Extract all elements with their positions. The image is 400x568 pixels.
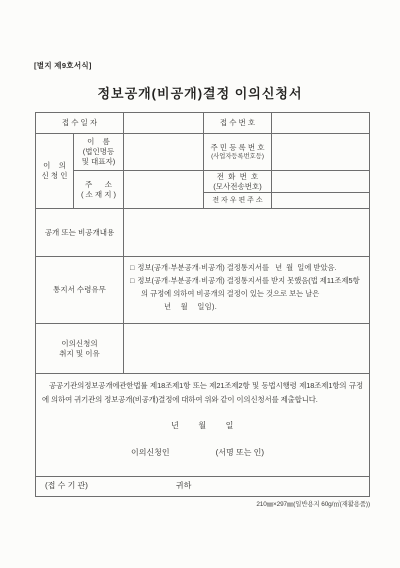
sign-or-seal-label[interactable]: (서명 또는 인) — [216, 448, 264, 458]
name-label-line3: 및 대표자) — [82, 157, 116, 167]
email-label: 전 자 우 편 주 소 — [204, 193, 272, 209]
notice-option-not-received-text: 정보(공개·부분공개·비공개) 결정통지서를 받지 못했음(법 제11조제5항의… — [137, 276, 359, 298]
applicant-signature-label: 이의신청인 — [131, 448, 170, 458]
reason-field[interactable] — [124, 324, 369, 374]
phone-field[interactable] — [272, 171, 369, 193]
email-field[interactable] — [272, 193, 369, 209]
signature-line: 이의신청인 (서명 또는 인) — [36, 448, 369, 458]
form-note: [별지 제9호서식] — [34, 60, 92, 71]
phone-label-line1: 전 화 번 호 — [217, 172, 258, 182]
receiving-org-row: (접 수 기 관) 귀하 — [36, 477, 369, 496]
notice-option-not-received: □정보(공개·부분공개·비공개) 결정통지서를 받지 못했음(법 제11조제5항… — [130, 274, 364, 300]
name-label: 이 름 (법인명등 및 대표자) — [74, 134, 124, 171]
reason-label: 이의신청의 취지 및 이유 — [36, 324, 124, 374]
reason-label-line1: 이의신청의 — [61, 339, 97, 349]
applicant-group-label-line1: 이 의 — [43, 161, 66, 171]
statement-paragraph: 공공기관의정보공개에관한법률 제18조제1항 또는 제21조제2항 및 동법시행… — [36, 374, 369, 406]
notice-option-date-line: 년 월 일임). — [130, 300, 364, 313]
address-field[interactable] — [124, 171, 204, 209]
name-field[interactable] — [124, 134, 204, 171]
notice-option-received-text: 정보(공개·부분공개·비공개) 결정통지서를 년 월 일에 받았음. — [137, 263, 336, 272]
name-label-line1: 이 름 — [87, 137, 110, 147]
receipt-date-label: 접 수 일 자 — [36, 113, 124, 134]
paper-size-footer: 210㎜×297㎜(일반용지 60g/㎡(재활용품)) — [35, 499, 370, 508]
resident-number-label-line2: (사업자등록번호등) — [211, 153, 264, 161]
submission-section: 공공기관의정보공개에관한법률 제18조제1항 또는 제21조제2항 및 동법시행… — [36, 374, 369, 477]
checkbox-not-received-icon[interactable]: □ — [130, 276, 134, 285]
content-field[interactable] — [124, 209, 369, 257]
receiving-org-label[interactable]: (접 수 기 관) — [45, 481, 88, 491]
checkbox-received-icon[interactable]: □ — [130, 263, 134, 272]
address-label: 주 소 ( 소 재 지 ) — [74, 171, 124, 209]
gwiha-label: 귀하 — [176, 481, 191, 491]
objection-form-table: 접 수 일 자 접 수 번 호 이 의 신 청 인 이 름 (법인명등 및 대표… — [35, 112, 370, 497]
address-label-line2: ( 소 재 지 ) — [81, 190, 116, 200]
notice-options: □정보(공개·부분공개·비공개) 결정통지서를 년 월 일에 받았음. □정보(… — [124, 257, 369, 324]
applicant-group-label-line2: 신 청 인 — [42, 171, 68, 181]
resident-number-label: 주 민 등 록 번 호 (사업자등록번호등) — [204, 134, 272, 171]
receipt-date-field[interactable] — [124, 113, 204, 134]
receipt-number-label: 접 수 번 호 — [204, 113, 272, 134]
notice-option-received: □정보(공개·부분공개·비공개) 결정통지서를 년 월 일에 받았음. — [130, 261, 364, 274]
resident-number-label-line1: 주 민 등 록 번 호 — [211, 143, 265, 153]
notice-label: 통지서 수령유무 — [36, 257, 124, 324]
content-label: 공개 또는 비공개내용 — [36, 209, 124, 257]
address-label-line1: 주 소 — [85, 180, 112, 190]
resident-number-field[interactable] — [272, 134, 369, 171]
phone-label-line2: (모사전송번호) — [213, 182, 261, 192]
applicant-group-label: 이 의 신 청 인 — [36, 134, 74, 209]
phone-label: 전 화 번 호 (모사전송번호) — [204, 171, 272, 193]
reason-label-line2: 취지 및 이유 — [59, 349, 99, 359]
submission-date-line[interactable]: 년 월 일 — [36, 421, 369, 431]
page-title: 정보공개(비공개)결정 이의신청서 — [0, 83, 400, 102]
receipt-number-field[interactable] — [272, 113, 369, 134]
name-label-line2: (법인명등 — [83, 147, 114, 157]
